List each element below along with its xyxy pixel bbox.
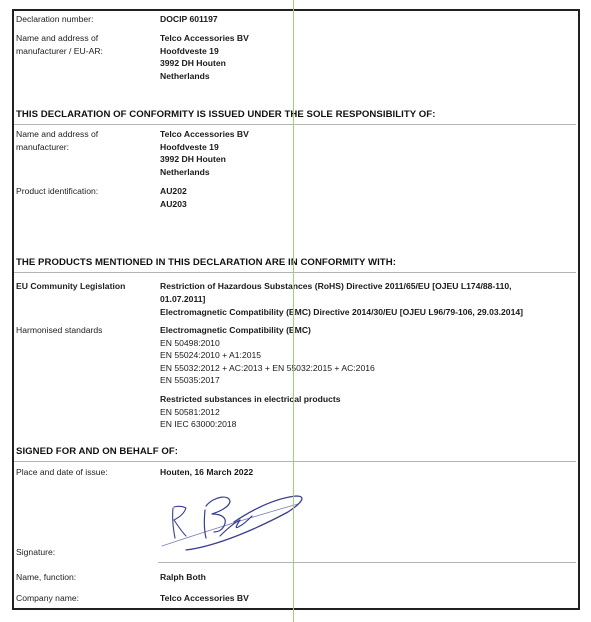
directive-line: Restriction of Hazardous Substances (RoH… [160, 280, 523, 293]
address-line: Hoofdveste 19 [160, 45, 249, 58]
standard-item: EN 50498:2010 [160, 337, 375, 350]
product-code: AU203 [160, 198, 187, 211]
name-function-value: Ralph Both [160, 571, 206, 584]
declaration-number-value: DOCIP 601197 [160, 13, 218, 26]
emc-heading: Electromagnetic Compatibility (EMC) [160, 324, 375, 337]
name-function-label: Name, function: [16, 571, 76, 584]
address-line: 3992 DH Houten [160, 57, 249, 70]
eu-legislation-label: EU Community Legislation [16, 280, 125, 293]
address-line: Hoofdveste 19 [160, 141, 249, 154]
directive-line: Electromagnetic Compatibility (EMC) Dire… [160, 306, 523, 319]
section-heading-responsibility: THIS DECLARATION OF CONFORMITY IS ISSUED… [16, 109, 435, 120]
standard-item: EN 55035:2017 [160, 374, 375, 387]
manufacturer-label-line2: manufacturer: [16, 141, 69, 154]
product-identification-label: Product identification: [16, 185, 98, 198]
emc-standards-block: Electromagnetic Compatibility (EMC) EN 5… [160, 324, 375, 387]
section-separator [14, 272, 576, 273]
section-separator [14, 124, 576, 125]
manufacturer-address: Telco Accessories BV Hoofdveste 19 3992 … [160, 128, 249, 178]
address-line: Telco Accessories BV [160, 32, 249, 45]
address-line: Netherlands [160, 166, 249, 179]
harmonised-standards-label: Harmonised standards [16, 324, 102, 337]
eu-ar-address: Telco Accessories BV Hoofdveste 19 3992 … [160, 32, 249, 82]
signature-underline [158, 562, 576, 563]
address-line: Netherlands [160, 70, 249, 83]
standard-item: EN 55024:2010 + A1:2015 [160, 349, 375, 362]
eu-legislation-value: Restriction of Hazardous Substances (RoH… [160, 280, 523, 320]
place-date-label: Place and date of issue: [16, 466, 108, 479]
section-separator [14, 461, 576, 462]
address-line: Telco Accessories BV [160, 128, 249, 141]
address-line: 3992 DH Houten [160, 153, 249, 166]
place-date-value: Houten, 16 March 2022 [160, 466, 253, 479]
standard-item: EN 50581:2012 [160, 406, 341, 419]
section-heading-signed: SIGNED FOR AND ON BEHALF OF: [16, 446, 178, 457]
standard-item: EN 55032:2012 + AC:2013 + EN 55032:2015 … [160, 362, 375, 375]
section-heading-conformity: THE PRODUCTS MENTIONED IN THIS DECLARATI… [16, 257, 396, 268]
declaration-number-label: Declaration number: [16, 13, 93, 26]
rohs-standards-block: Restricted substances in electrical prod… [160, 393, 341, 431]
eu-ar-label-line1: Name and address of [16, 32, 98, 45]
rohs-heading: Restricted substances in electrical prod… [160, 393, 341, 406]
directive-line: 01.07.2011] [160, 293, 523, 306]
product-code: AU202 [160, 185, 187, 198]
signature-label: Signature: [16, 546, 55, 559]
product-identification-value: AU202 AU203 [160, 185, 187, 210]
manufacturer-label-line1: Name and address of [16, 128, 98, 141]
standard-item: EN IEC 63000:2018 [160, 418, 341, 431]
vertical-guide-line [293, 0, 294, 622]
eu-ar-label-line2: manufacturer / EU-AR: [16, 45, 103, 58]
company-name-label: Company name: [16, 592, 79, 605]
company-name-value: Telco Accessories BV [160, 592, 249, 605]
